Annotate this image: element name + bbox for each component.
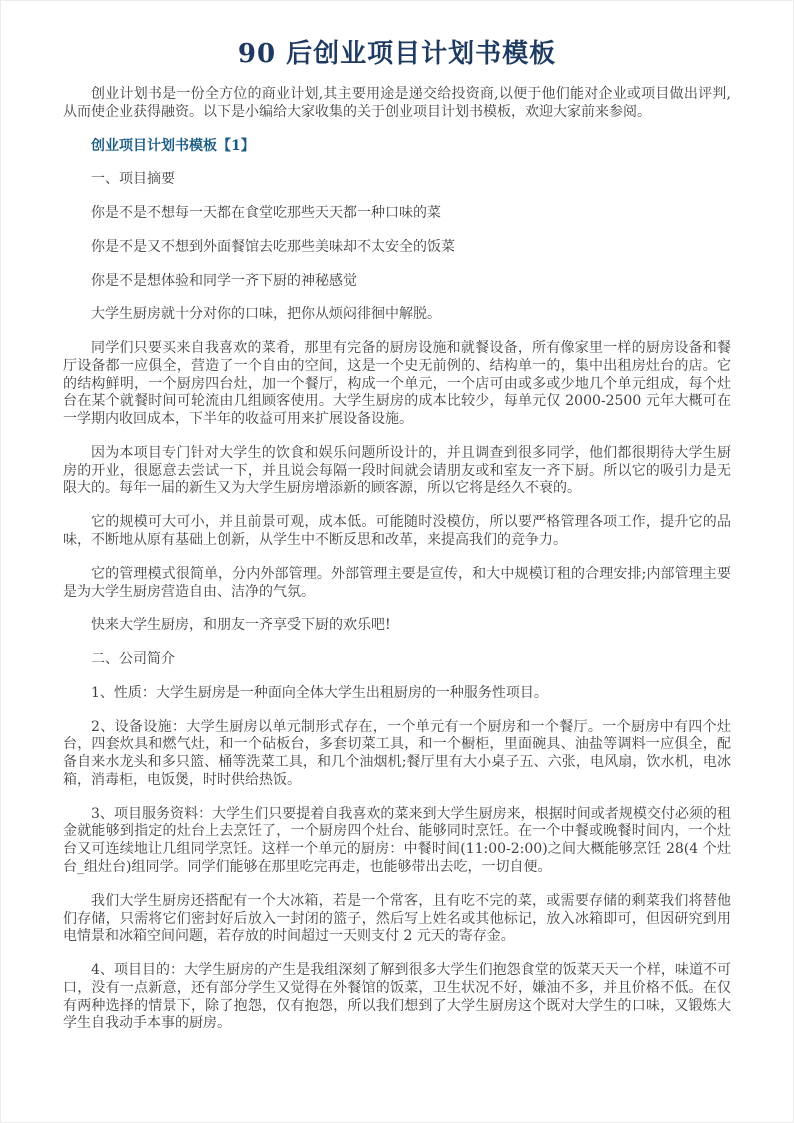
paragraph: 因为本项目专门针对大学生的饮食和娱乐问题所设计的，并且调查到很多同学，他们都很期… [63,445,731,498]
paragraph: 你是不是想体验和同学一齐下厨的神秘感觉 [63,273,731,291]
paragraph: 大学生厨房就十分对你的口味，把你从烦闷徘徊中解脱。 [63,306,731,324]
heading-company-intro: 二、公司简介 [63,651,731,669]
paragraph: 快来大学生厨房，和朋友一齐享受下厨的欢乐吧! [63,617,731,635]
paragraph-equipment: 2、设备设施：大学生厨房以单元制形式存在，一个单元有一个厨房和一个餐厅。一个厨房… [63,719,731,790]
paragraph-service-info: 3、项目服务资料：大学生们只要提着自我喜欢的菜来到大学生厨房来，根据时间或者规模… [63,806,731,877]
paragraph: 同学们只要买来自我喜欢的菜肴，那里有完备的厨房设施和就餐设备，所有像家里一样的厨… [63,340,731,429]
paragraph: 你是不是又不想到外面餐馆去吃那些美味却不太安全的饭菜 [63,239,731,257]
paragraph: 你是不是不想每一天都在食堂吃那些天天都一种口味的菜 [63,205,731,223]
heading-project-summary: 一、项目摘要 [63,171,731,189]
paragraph: 它的管理模式很简单，分内外部管理。外部管理主要是宣传，和大中规模订租的合理安排;… [63,566,731,602]
document-page: 90 后创业项目计划书模板 创业计划书是一份全方位的商业计划,其主要用途是递交给… [0,0,794,1123]
paragraph-nature: 1、性质：大学生厨房是一种面向全体大学生出租厨房的一种服务性项目。 [63,685,731,703]
section-heading-template-1: 创业项目计划书模板【1】 [63,138,731,156]
paragraph-fridge: 我们大学生厨房还搭配有一个大冰箱，若是一个常客，且有吃不完的菜，或需要存储的剩菜… [63,893,731,946]
paragraph-intro: 创业计划书是一份全方位的商业计划,其主要用途是递交给投资商,以便于他们能对企业或… [63,86,731,122]
paragraph: 它的规模可大可小，并且前景可观，成本低。可能随时没模仿，所以要严格管理各项工作，… [63,514,731,550]
paragraph-purpose: 4、项目目的：大学生厨房的产生是我组深刻了解到很多大学生们抱怨食堂的饭菜天天一个… [63,962,731,1033]
document-title: 90 后创业项目计划书模板 [63,33,731,70]
